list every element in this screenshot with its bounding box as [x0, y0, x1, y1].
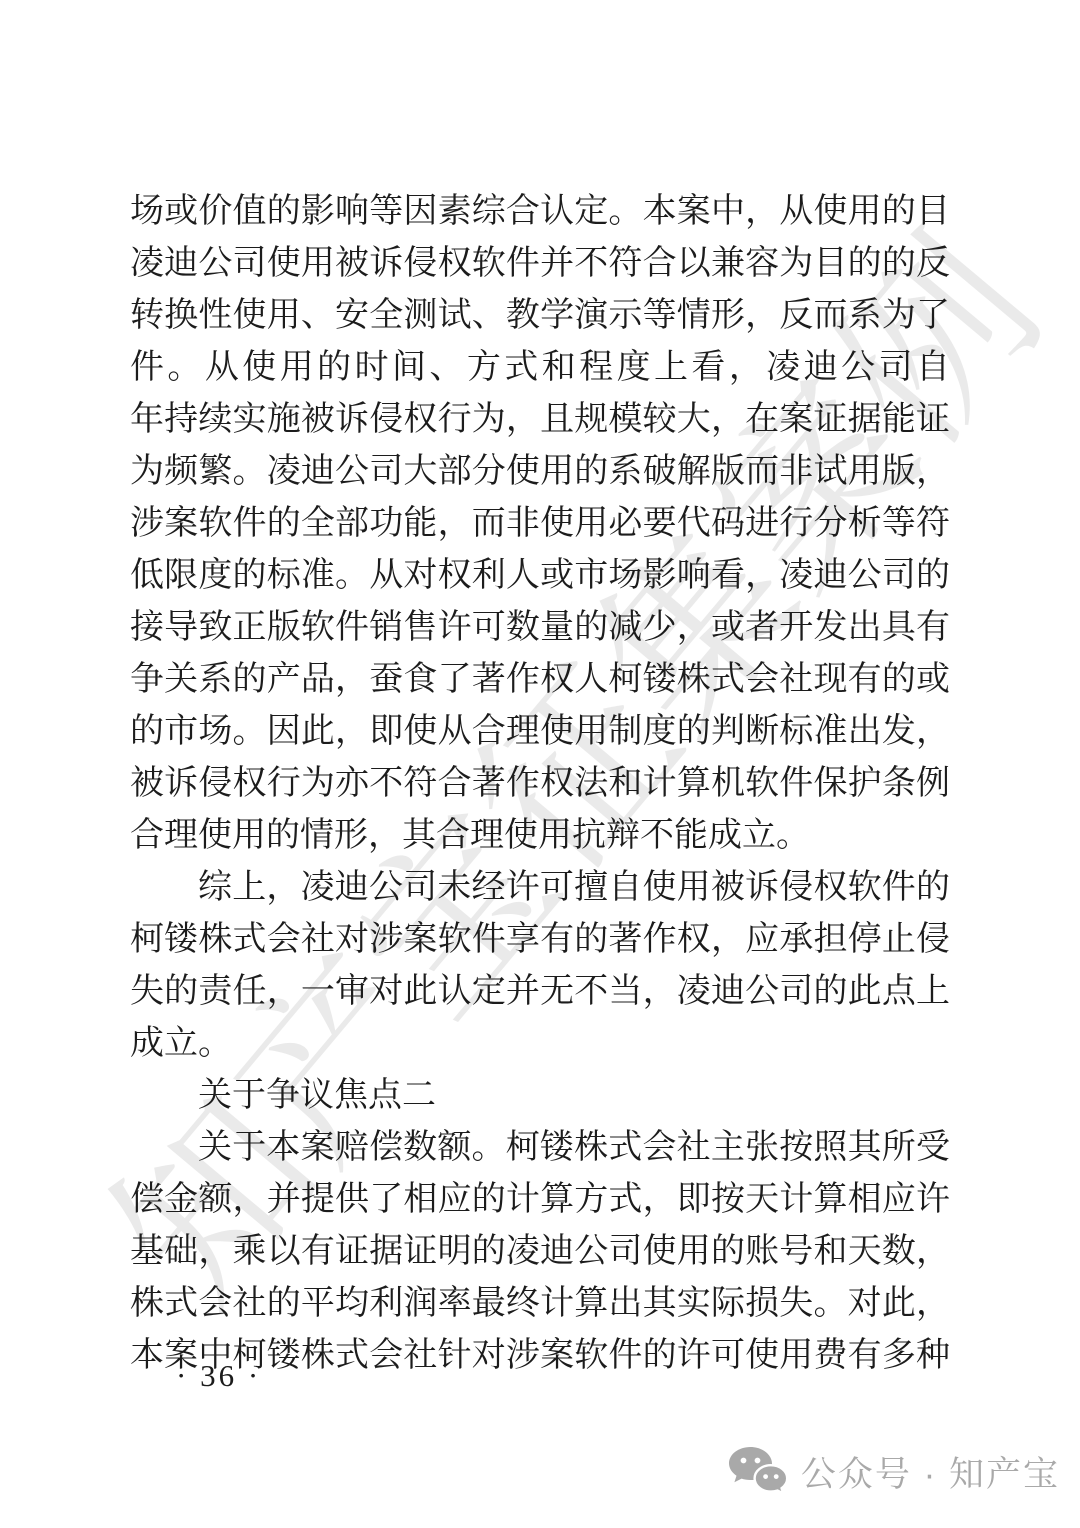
text-line: 凌迪公司使用被诉侵权软件并不符合以兼容为目的的反向工程等 — [130, 238, 950, 290]
document-page: 知产宝征集案例 场或价值的影响等因素综合认定。本案中，从使用的目的和性质看， 凌… — [0, 0, 1080, 1528]
text-line: 转换性使用、安全测试、教学演示等情形，反而系为了开发竞品软 — [130, 290, 950, 342]
footer-badge: 公众号 · 知产宝 — [728, 1446, 1060, 1498]
text-line: 件。从使用的时间、方式和程度上看，凌迪公司自 2017 年至 2022 — [130, 342, 950, 394]
text-line: 关于本案赔偿数额。柯镂株式会社主张按照其所受损失计算赔 — [130, 1122, 950, 1174]
text-line: 合理使用的情形，其合理使用抗辩不能成立。 — [130, 810, 950, 862]
text-line: 争关系的产品，蚕食了著作权人柯镂株式会社现有的或可合理预期 — [130, 654, 950, 706]
section-heading: 关于争议焦点二 — [130, 1070, 950, 1122]
wechat-icon — [728, 1446, 788, 1498]
text-line: 接导致正版软件销售许可数量的减少，或者开发出具有直接市场竞 — [130, 602, 950, 654]
text-line: 偿金额，并提供了相应的计算方式，即按天计算相应许可使用费为 — [130, 1174, 950, 1226]
text-line: 柯镂株式会社对涉案软件享有的著作权，应承担停止侵权、赔偿损 — [130, 914, 950, 966]
text-line: 综上，凌迪公司未经许可擅自使用被诉侵权软件的行为侵害了 — [130, 862, 950, 914]
text-line: 为频繁。凌迪公司大部分使用的系破解版而非试用版，且使用的系 — [130, 446, 950, 498]
text-line: 株式会社的平均利润率最终计算出其实际损失。对此，本院认为， — [130, 1278, 950, 1330]
text-line: 成立。 — [130, 1018, 950, 1070]
page-number: · 36 · — [176, 1358, 261, 1394]
footer-label: 公众号 · 知产宝 — [801, 1447, 1060, 1497]
text-line: 失的责任，一审对此认定并无不当，凌迪公司的此点上诉理由不能 — [130, 966, 950, 1018]
text-line: 涉案软件的全部功能，而非使用必要代码进行分析等符合最小或最 — [130, 498, 950, 550]
text-line: 被诉侵权行为亦不符合著作权法和计算机软件保护条例中规定的 — [130, 758, 950, 810]
text-line: 基础，乘以有证据证明的凌迪公司使用的账号和天数，再按照柯镂 — [130, 1226, 950, 1278]
text-line: 场或价值的影响等因素综合认定。本案中，从使用的目的和性质看， — [130, 186, 950, 238]
text-block: 场或价值的影响等因素综合认定。本案中，从使用的目的和性质看， 凌迪公司使用被诉侵… — [130, 186, 950, 1382]
text-line: 低限度的标准。从对权利人或市场影响看，凌迪公司的使用行为直 — [130, 550, 950, 602]
text-line: 年持续实施被诉侵权行为，且规模较大，在案证据能证明其使用较 — [130, 394, 950, 446]
text-line: 的市场。因此，即使从合理使用制度的判断标准出发，凌迪公司的 — [130, 706, 950, 758]
